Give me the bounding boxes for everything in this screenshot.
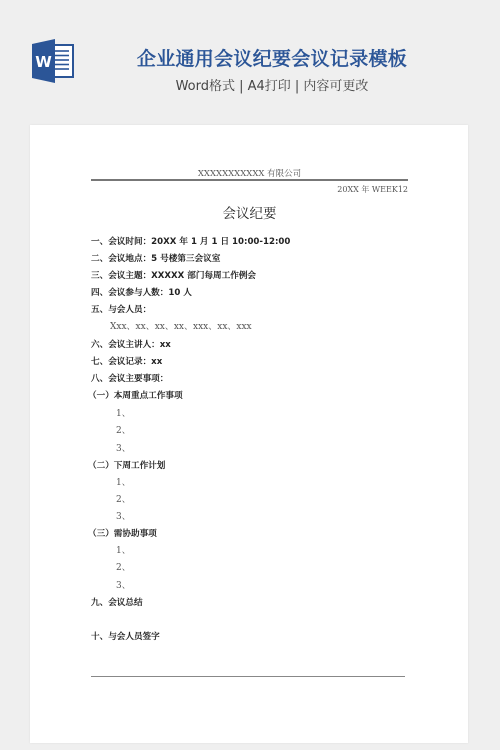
list-item: 1、	[116, 477, 131, 489]
attendee-names: Xxx、xx、xx、xx、xxx、xx、xxx	[110, 321, 252, 333]
company-header: XXXXXXXXXXX 有限公司	[91, 167, 408, 179]
banner-subtitle: Word格式 | A4打印 | 内容可更改	[0, 75, 500, 94]
item-meeting-time: 一、会议时间：20XX 年 1 月 1 日 10:00-12:00	[91, 236, 290, 248]
banner-title: 企业通用会议纪要会议记录模板	[0, 44, 500, 71]
item-attendee-count: 四、会议参与人数：10 人	[91, 287, 192, 299]
document-title: 会议纪要	[91, 202, 408, 222]
item-speaker: 六、会议主讲人：xx	[91, 339, 171, 351]
item-attendees: 五、与会人员：	[91, 304, 151, 316]
list-item: 3、	[116, 511, 131, 523]
item-main-matters: 八、会议主要事项：	[91, 373, 168, 385]
signature-line	[91, 676, 405, 677]
item-meeting-topic: 三、会议主题：XXXXX 部门每周工作例会	[91, 270, 256, 282]
section-next-week: （二）下周工作计划	[88, 460, 165, 472]
list-item: 3、	[116, 580, 131, 592]
section-assistance: （三）需协助事项	[88, 528, 157, 540]
section-this-week: （一）本周重点工作事项	[88, 390, 183, 402]
list-item: 3、	[116, 443, 131, 455]
header-rule	[91, 179, 408, 181]
list-item: 2、	[116, 494, 131, 506]
list-item: 2、	[116, 562, 131, 574]
item-summary: 九、会议总结	[91, 597, 143, 609]
document-page: XXXXXXXXXXX 有限公司 20XX 年 WEEK12 会议纪要 一、会议…	[30, 125, 468, 743]
item-signatures: 十、与会人员签字	[91, 631, 160, 643]
list-item: 1、	[116, 545, 131, 557]
item-recorder: 七、会议记录：xx	[91, 356, 162, 368]
list-item: 2、	[116, 425, 131, 437]
list-item: 1、	[116, 408, 131, 420]
item-meeting-location: 二、会议地点：5 号楼第三会议室	[91, 253, 220, 265]
week-label: 20XX 年 WEEK12	[337, 184, 408, 195]
